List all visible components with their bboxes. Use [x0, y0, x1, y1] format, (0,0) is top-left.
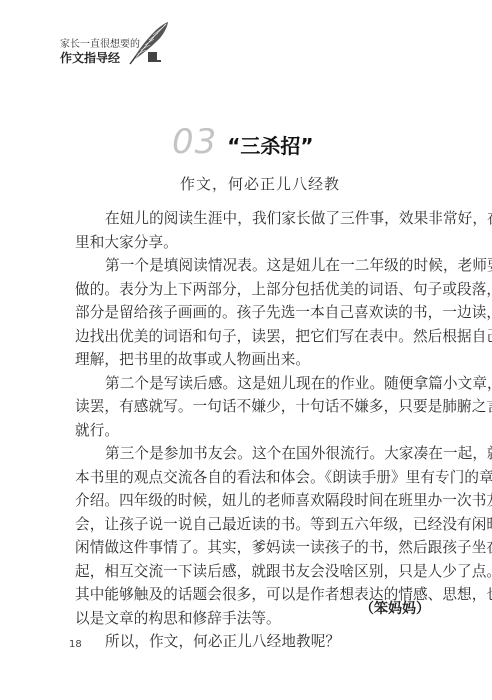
text-line: 做的。表分为上下两部分，上部分包括优美的词语、句子或段落，下 — [75, 278, 421, 302]
text-line: 部分是留给孩子画画的。孩子先选一本自己喜欢读的书，一边读，一 — [75, 301, 421, 325]
author-signature: （笨妈妈） — [360, 598, 430, 618]
feather-quill-icon — [126, 20, 170, 66]
text-line: 本书里的观点交流各自的看法和体会。《朗读手册》里有专门的章节 — [75, 466, 421, 490]
chapter-number: 03 — [172, 122, 217, 162]
text-line: 第一个是填阅读情况表。这是妞儿在一二年级的时候，老师要求 — [75, 254, 421, 278]
text-line: 在妞儿的阅读生涯中，我们家长做了三件事，效果非常好，在这 — [75, 207, 421, 231]
chapter-subtitle: 作文，何必正儿八经教 — [180, 173, 340, 194]
chapter-heading: 03 “三杀招” — [172, 122, 314, 162]
text-line: 介绍。四年级的时候，妞儿的老师喜欢隔段时间在班里办一次书友 — [75, 489, 421, 513]
page-number: 18 — [69, 639, 82, 650]
text-line: 里和大家分享。 — [75, 231, 421, 255]
text-line: 所以，作文，何必正儿八经地教呢？ — [75, 630, 421, 654]
text-line: 闲情做这件事情了。其实，爹妈读一读孩子的书，然后跟孩子坐在一 — [75, 536, 421, 560]
text-line: 第三个是参加书友会。这个在国外很流行。大家凑在一起，就一 — [75, 442, 421, 466]
text-line: 读罢，有感就写。一句话不嫌少，十句话不嫌多，只要是肺腑之言 — [75, 395, 421, 419]
text-line: 理解，把书里的故事或人物画出来。 — [75, 348, 421, 372]
text-line: 第二个是写读后感。这是妞儿现在的作业。随便拿篇小文章， — [75, 372, 421, 396]
text-line: 就行。 — [75, 419, 421, 443]
chapter-title: “三杀招” — [227, 130, 313, 159]
text-line: 会，让孩子说一说自己最近读的书。等到五六年级，已经没有闲时和 — [75, 513, 421, 537]
text-line: 起，相互交流一下读后感，就跟书友会没啥区别，只是人少了点。这 — [75, 560, 421, 584]
article-body: 在妞儿的阅读生涯中，我们家长做了三件事，效果非常好，在这 里和大家分享。 第一个… — [75, 207, 421, 654]
text-line: 边找出优美的词语和句子，读罢，把它们写在表中。然后根据自己的 — [75, 325, 421, 349]
